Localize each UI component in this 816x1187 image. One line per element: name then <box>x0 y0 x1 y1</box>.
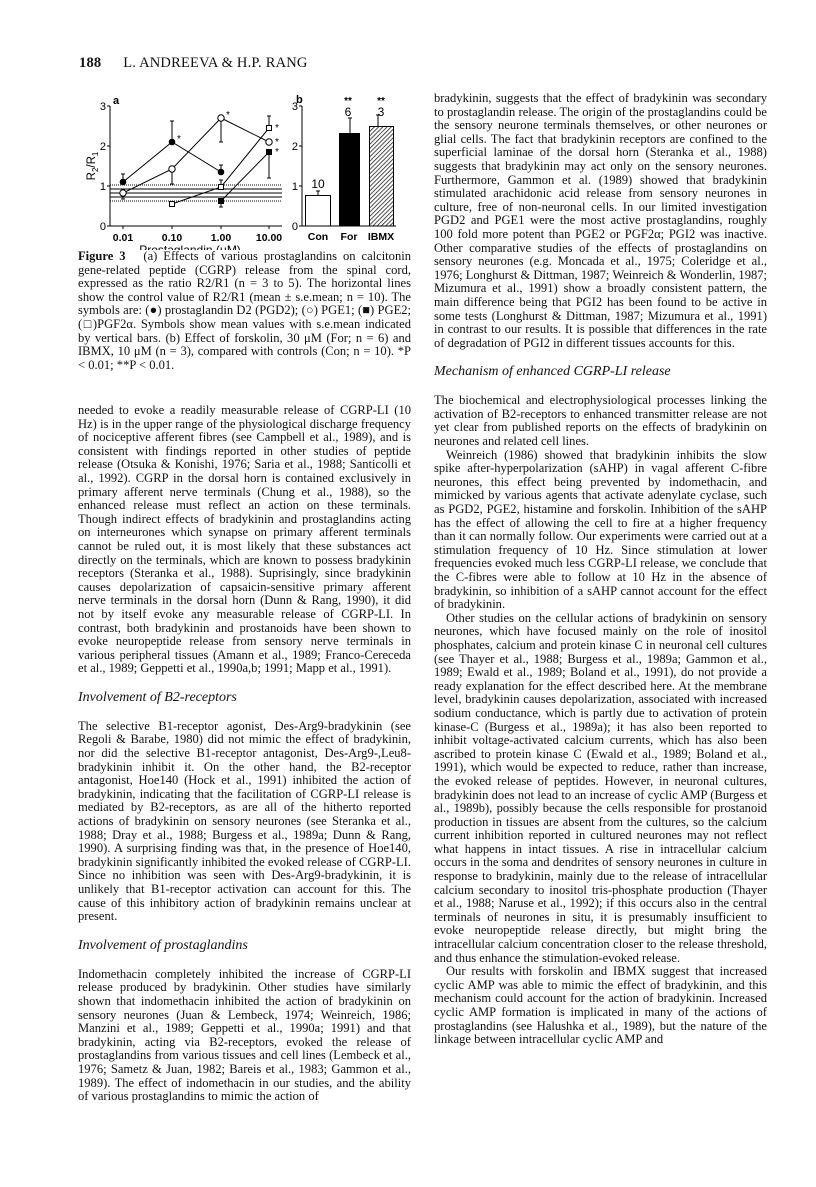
svg-text:*: * <box>177 134 181 145</box>
paragraph: bradykinin, suggests that the effect of … <box>434 92 767 350</box>
paragraph: Our results with forskolin and IBMX sugg… <box>434 965 767 1047</box>
paragraph: Weinreich (1986) showed that bradykinin … <box>434 449 767 612</box>
bar-for: 6 ** For <box>340 96 360 243</box>
paragraph: The biochemical and electrophysiological… <box>434 394 767 448</box>
svg-text:**: ** <box>344 96 352 107</box>
svg-text:10.00: 10.00 <box>256 232 282 244</box>
section-heading-prostaglandins: Involvement of prostaglandins <box>78 938 411 954</box>
svg-text:3: 3 <box>378 105 385 119</box>
svg-text:0: 0 <box>292 221 298 233</box>
svg-text:0: 0 <box>100 221 106 233</box>
paragraph: needed to evoke a readily measurable rel… <box>78 404 411 676</box>
svg-text:R2/R1: R2/R1 <box>86 151 100 180</box>
svg-text:6: 6 <box>345 105 352 119</box>
figure-caption: Figure 3 (a) Effects of various prostagl… <box>78 250 411 372</box>
paragraph: Indomethacin completely inhibited the in… <box>78 968 411 1104</box>
svg-text:*: * <box>275 147 279 158</box>
panel-a: a 0 1 2 3 R2/R1 0.01 0.10 1.00 10.0 <box>86 95 282 250</box>
svg-text:1: 1 <box>292 181 298 193</box>
section-heading-mechanism: Mechanism of enhanced CGRP-LI release <box>434 364 767 380</box>
panel-b: b 0 1 2 3 10 Con 6 ** For <box>292 94 396 243</box>
paragraph: The selective B1-receptor agonist, Des-A… <box>78 720 411 924</box>
svg-text:For: For <box>341 231 358 243</box>
figure-label: Figure 3 <box>78 249 126 263</box>
series-pge2: * <box>219 147 280 207</box>
svg-text:2: 2 <box>100 141 106 153</box>
bar-ibmx: 3 ** IBMX <box>368 96 394 243</box>
right-column: bradykinin, suggests that the effect of … <box>434 92 767 1047</box>
svg-text:**: ** <box>377 96 385 107</box>
panel-a-y-label: R2/R1 <box>86 151 100 180</box>
svg-text:2: 2 <box>292 141 298 153</box>
control-band <box>110 185 282 201</box>
svg-text:1: 1 <box>100 181 106 193</box>
svg-text:10: 10 <box>311 177 325 191</box>
svg-text:3: 3 <box>292 101 298 113</box>
svg-text:IBMX: IBMX <box>368 231 394 243</box>
bar-con: 10 Con <box>306 177 331 243</box>
svg-text:0.01: 0.01 <box>113 232 134 244</box>
panel-b-y-ticks: 0 1 2 3 <box>292 101 302 233</box>
section-heading-b2-receptors: Involvement of B2-receptors <box>78 690 411 706</box>
svg-text:*: * <box>226 110 230 121</box>
panel-a-y-ticks: 0 1 2 3 <box>100 101 110 233</box>
panel-a-x-ticks: 0.01 0.10 1.00 10.00 <box>113 226 283 244</box>
series-pge1: * * <box>120 110 279 199</box>
svg-text:3: 3 <box>100 101 106 113</box>
svg-text:*: * <box>275 123 279 134</box>
svg-text:Con: Con <box>308 231 328 243</box>
paragraph: Other studies on the cellular actions of… <box>434 612 767 965</box>
figure-caption-text: (a) Effects of various prostaglandins on… <box>78 249 411 372</box>
left-column: needed to evoke a readily measurable rel… <box>78 404 411 1104</box>
panel-a-label: a <box>113 95 120 107</box>
